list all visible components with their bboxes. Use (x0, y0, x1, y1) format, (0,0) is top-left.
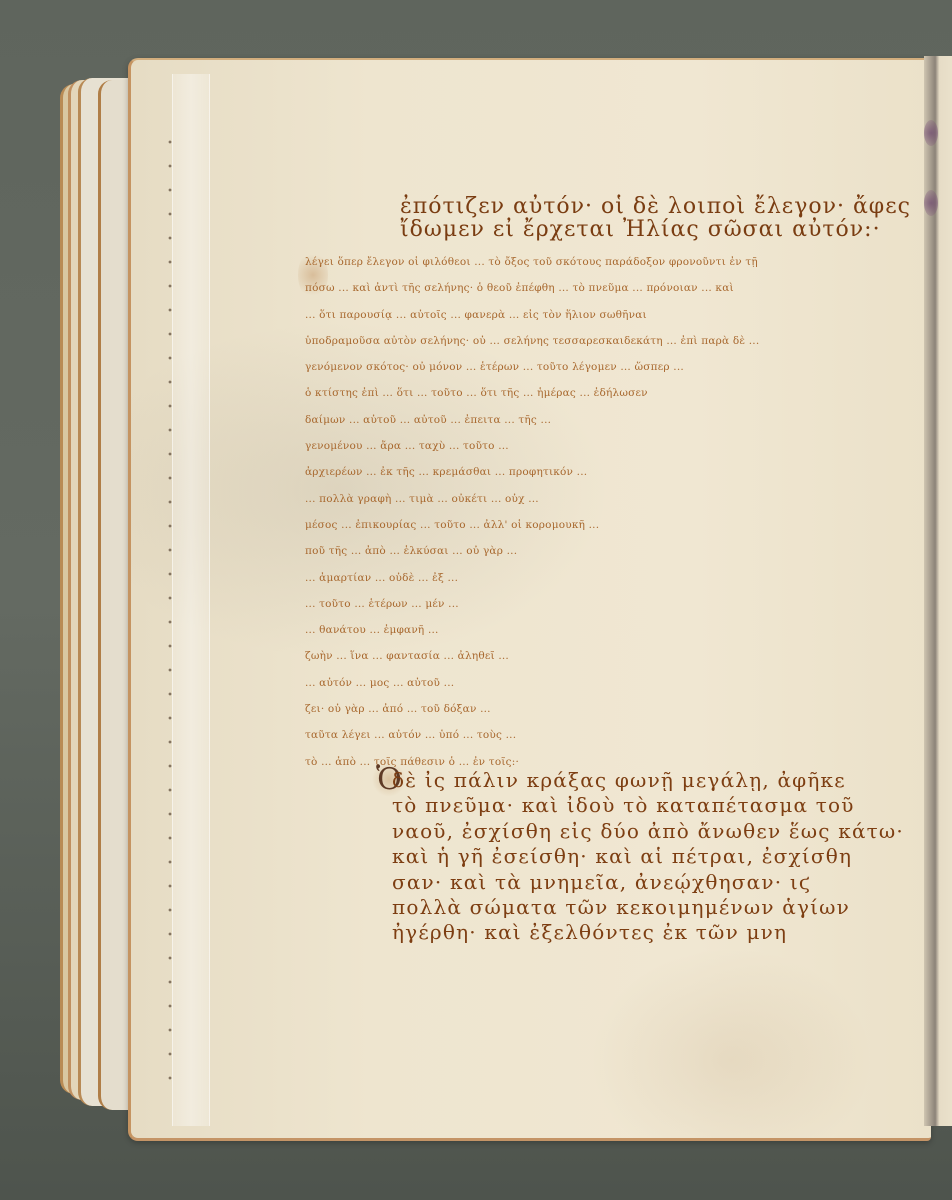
commentary-line: γενόμενον σκότος· οὐ μόνον ... ἑτέρων ..… (305, 354, 905, 380)
main-text-line: καὶ ἡ γῆ ἐσείσθη· καὶ αἱ πέτραι, ἐσχίσθη (392, 844, 892, 869)
binding-gutter (924, 56, 952, 1126)
main-text-line: δὲ ἰς πάλιν κράξας φωνῇ μεγάλῃ, ἀφῆκε (392, 768, 892, 793)
main-text-line: σαν· καὶ τὰ μνημεῖα, ἀνεῴχθησαν· ιϛ (392, 870, 892, 895)
commentary-line: ἀρχιερέων ... ἐκ τῆς ... κρεμάσθαι ... π… (305, 459, 905, 485)
commentary-line: ὑποδραμοῦσα αὐτὸν σελήνης· οὐ ... σελήνη… (305, 328, 905, 354)
commentary-line: ... αὐτόν ... μος ... αὐτοῦ ... (305, 670, 905, 696)
commentary-line: ποῦ τῆς ... ἀπὸ ... ἑλκύσαι ... οὐ γὰρ .… (305, 538, 905, 564)
commentary-line: ὁ κτίστης ἐπὶ ... ὅτι ... τοῦτο ... ὅτι … (305, 380, 905, 406)
main-text-block: δὲ ἰς πάλιν κράξας φωνῇ μεγάλῃ, ἀφῆκε τὸ… (392, 768, 892, 946)
binding-stain (924, 190, 938, 216)
commentary-line: ... ὅτι παρουσίᾳ ... αὐτοῖς ... φανερὰ .… (305, 302, 905, 328)
main-text-line: πολλὰ σώματα τῶν κεκοιμημένων ἁγίων (392, 895, 892, 920)
upper-text-block: ἐπότιζεν αὐτόν· οἱ δὲ λοιποὶ ἔλεγον· ἄφε… (305, 195, 905, 775)
commentary-line: ... θανάτου ... ἐμφανῆ ... (305, 617, 905, 643)
commentary-line: λέγει ὅπερ ἔλεγον οἱ φιλόθεοι ... τὸ ὄξο… (305, 249, 905, 275)
commentary-line: ζωὴν ... ἵνα ... φαντασία ... ἀληθεῖ ... (305, 643, 905, 669)
commentary-line: πόσω ... καὶ ἀντὶ τῆς σελήνης· ὁ θεοῦ ἐπ… (305, 275, 905, 301)
main-text-line: ἠγέρθη· καὶ ἐξελθόντες ἐκ τῶν μνη (392, 920, 892, 945)
commentary-line: ... ἀμαρτίαν ... οὐδὲ ... ἐξ ... (305, 565, 905, 591)
main-text-line: ναοῦ, ἐσχίσθη εἰς δύο ἀπὸ ἄνωθεν ἕως κάτ… (392, 819, 892, 844)
manuscript-photo: ἐπότιζεν αὐτόν· οἱ δὲ λοιποὶ ἔλεγον· ἄφε… (0, 0, 952, 1200)
commentary-line: ζει· οὐ γὰρ ... ἀπό ... τοῦ δόξαν ... (305, 696, 905, 722)
commentary-line: δαίμων ... αὐτοῦ ... αὐτοῦ ... ἐπειτα ..… (305, 407, 905, 433)
lemma-line: ἴδωμεν εἰ ἔρχεται Ἠλίας σῶσαι αὐτόν:· (305, 218, 905, 241)
repair-tape (172, 74, 210, 1126)
commentary-block: λέγει ὅπερ ἔλεγον οἱ φιλόθεοι ... τὸ ὄξο… (305, 249, 905, 775)
commentary-line: ... πολλὰ γραφὴ ... τιμὰ ... οὐκέτι ... … (305, 486, 905, 512)
lemma-line: ἐπότιζεν αὐτόν· οἱ δὲ λοιποὶ ἔλεγον· ἄφε… (305, 195, 905, 218)
commentary-line: μέσος ... ἐπικουρίας ... τοῦτο ... ἀλλ' … (305, 512, 905, 538)
binding-stain (924, 120, 938, 146)
commentary-line: ταῦτα λέγει ... αὐτόν ... ὑπό ... τοὺς .… (305, 722, 905, 748)
commentary-line: ... τοῦτο ... ἑτέρων ... μέν ... (305, 591, 905, 617)
commentary-line: γενομένου ... ἄρα ... ταχὺ ... τοῦτο ... (305, 433, 905, 459)
main-text-line: τὸ πνεῦμα· καὶ ἰδοὺ τὸ καταπέτασμα τοῦ (392, 793, 892, 818)
